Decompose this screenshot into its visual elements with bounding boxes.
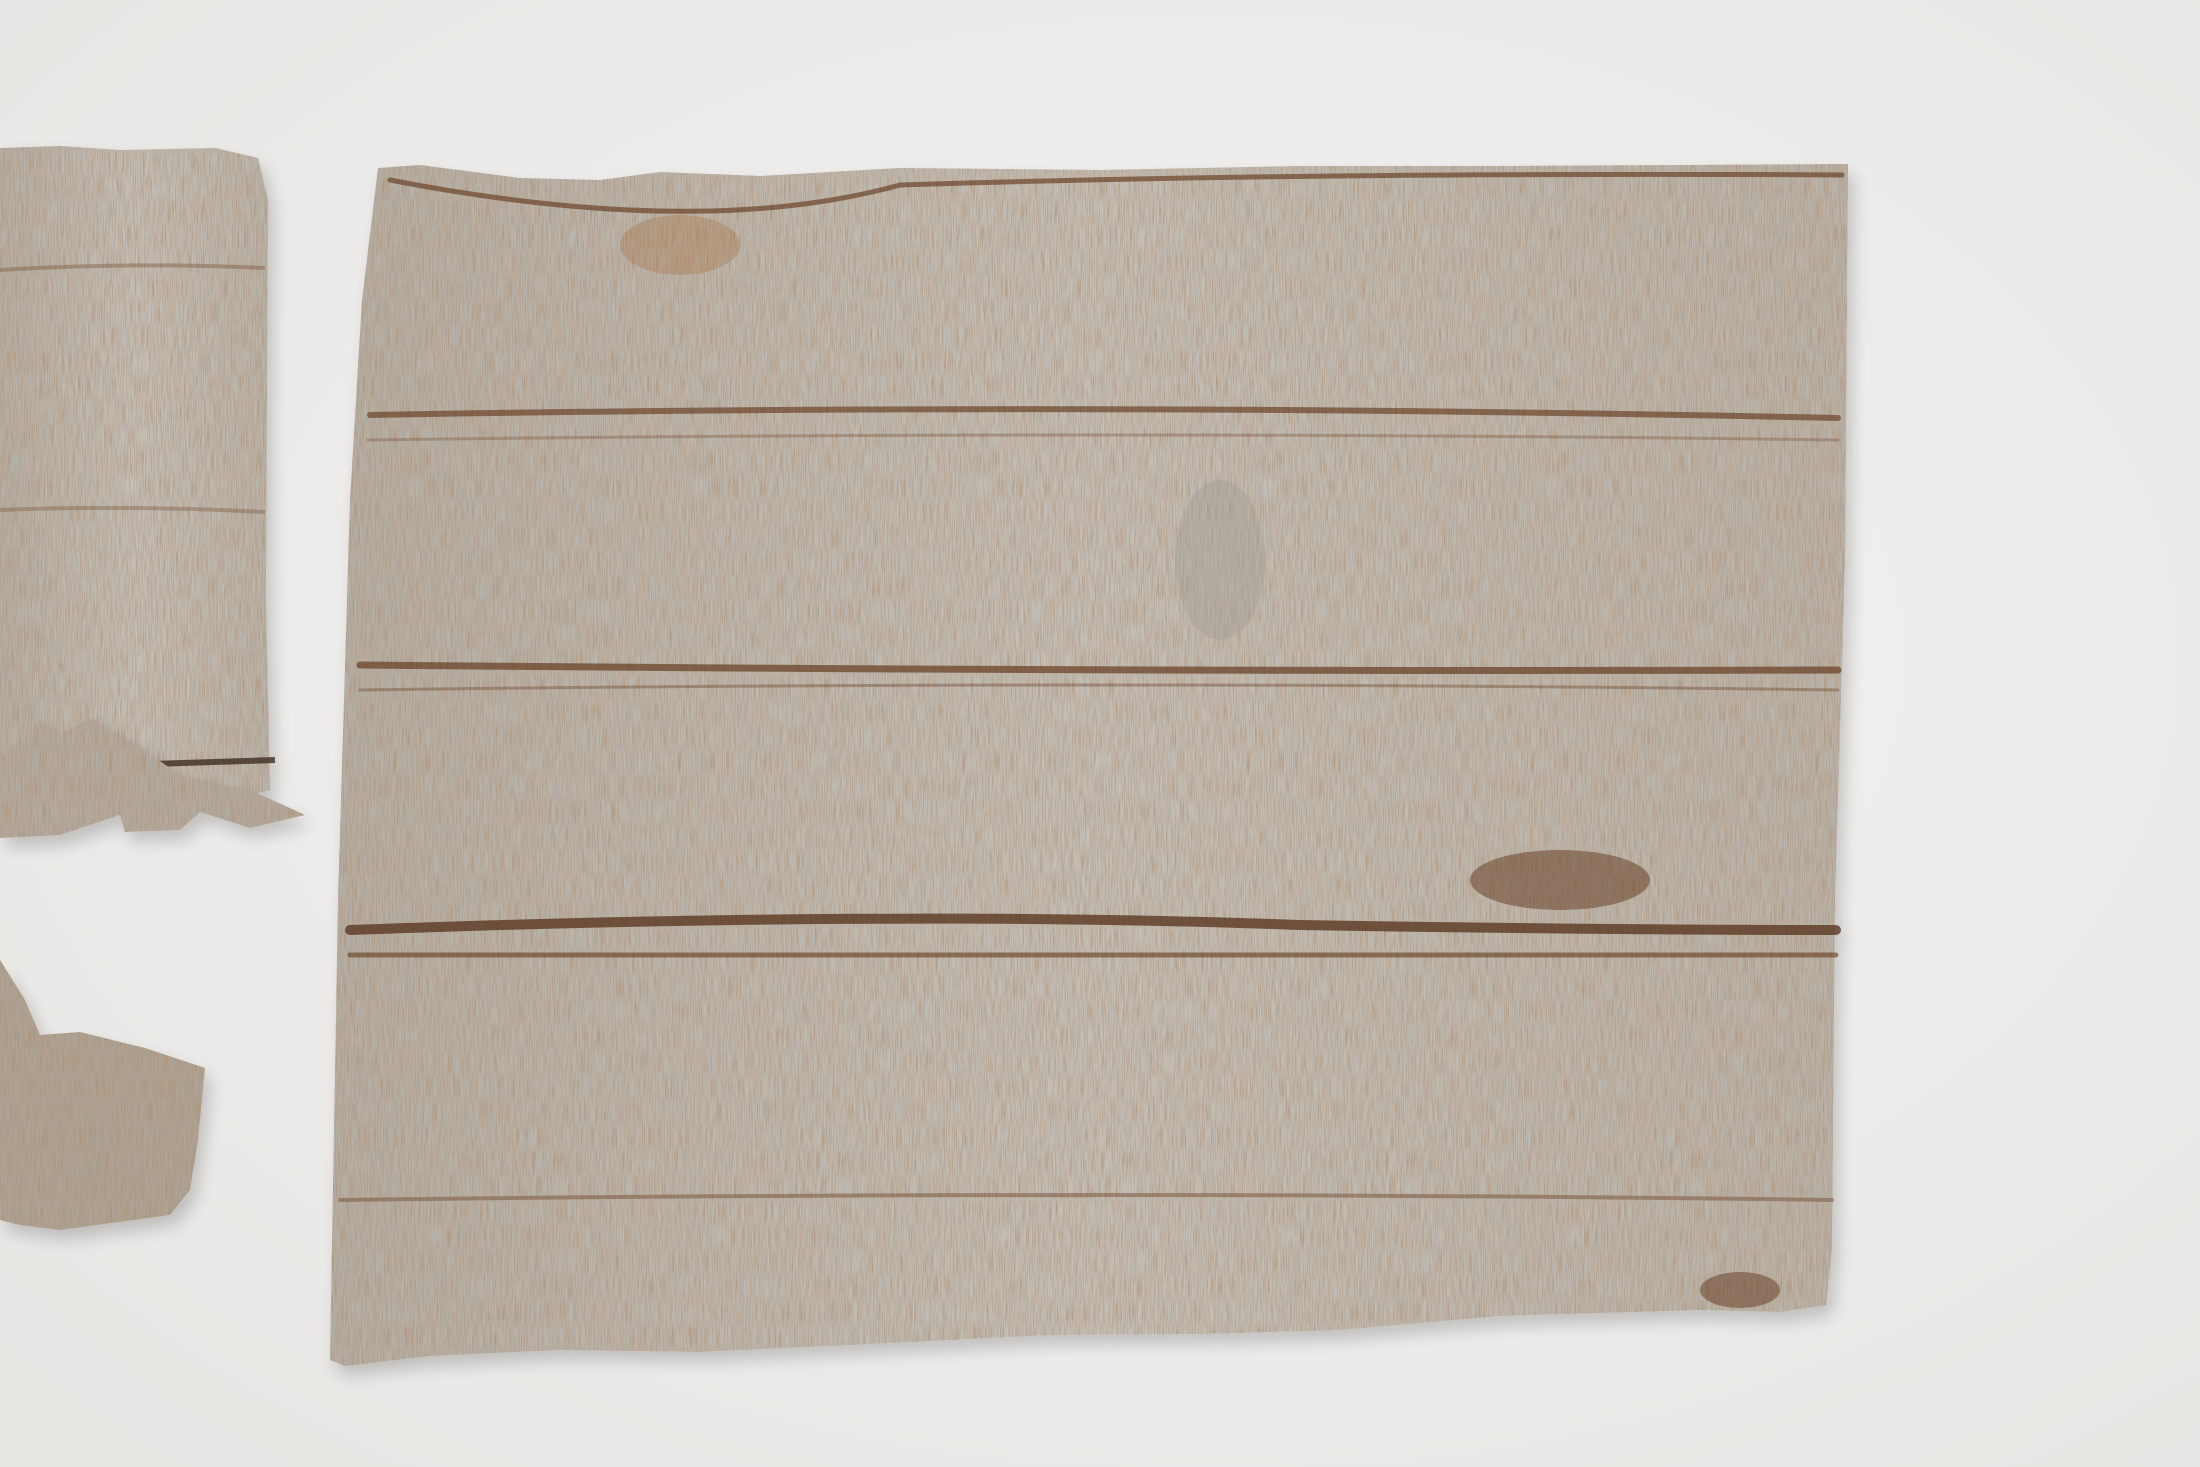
left-fragments xyxy=(0,718,305,1230)
main-panel xyxy=(330,164,1848,1366)
artwork-scene xyxy=(0,0,2200,1467)
left-panel xyxy=(0,146,275,795)
